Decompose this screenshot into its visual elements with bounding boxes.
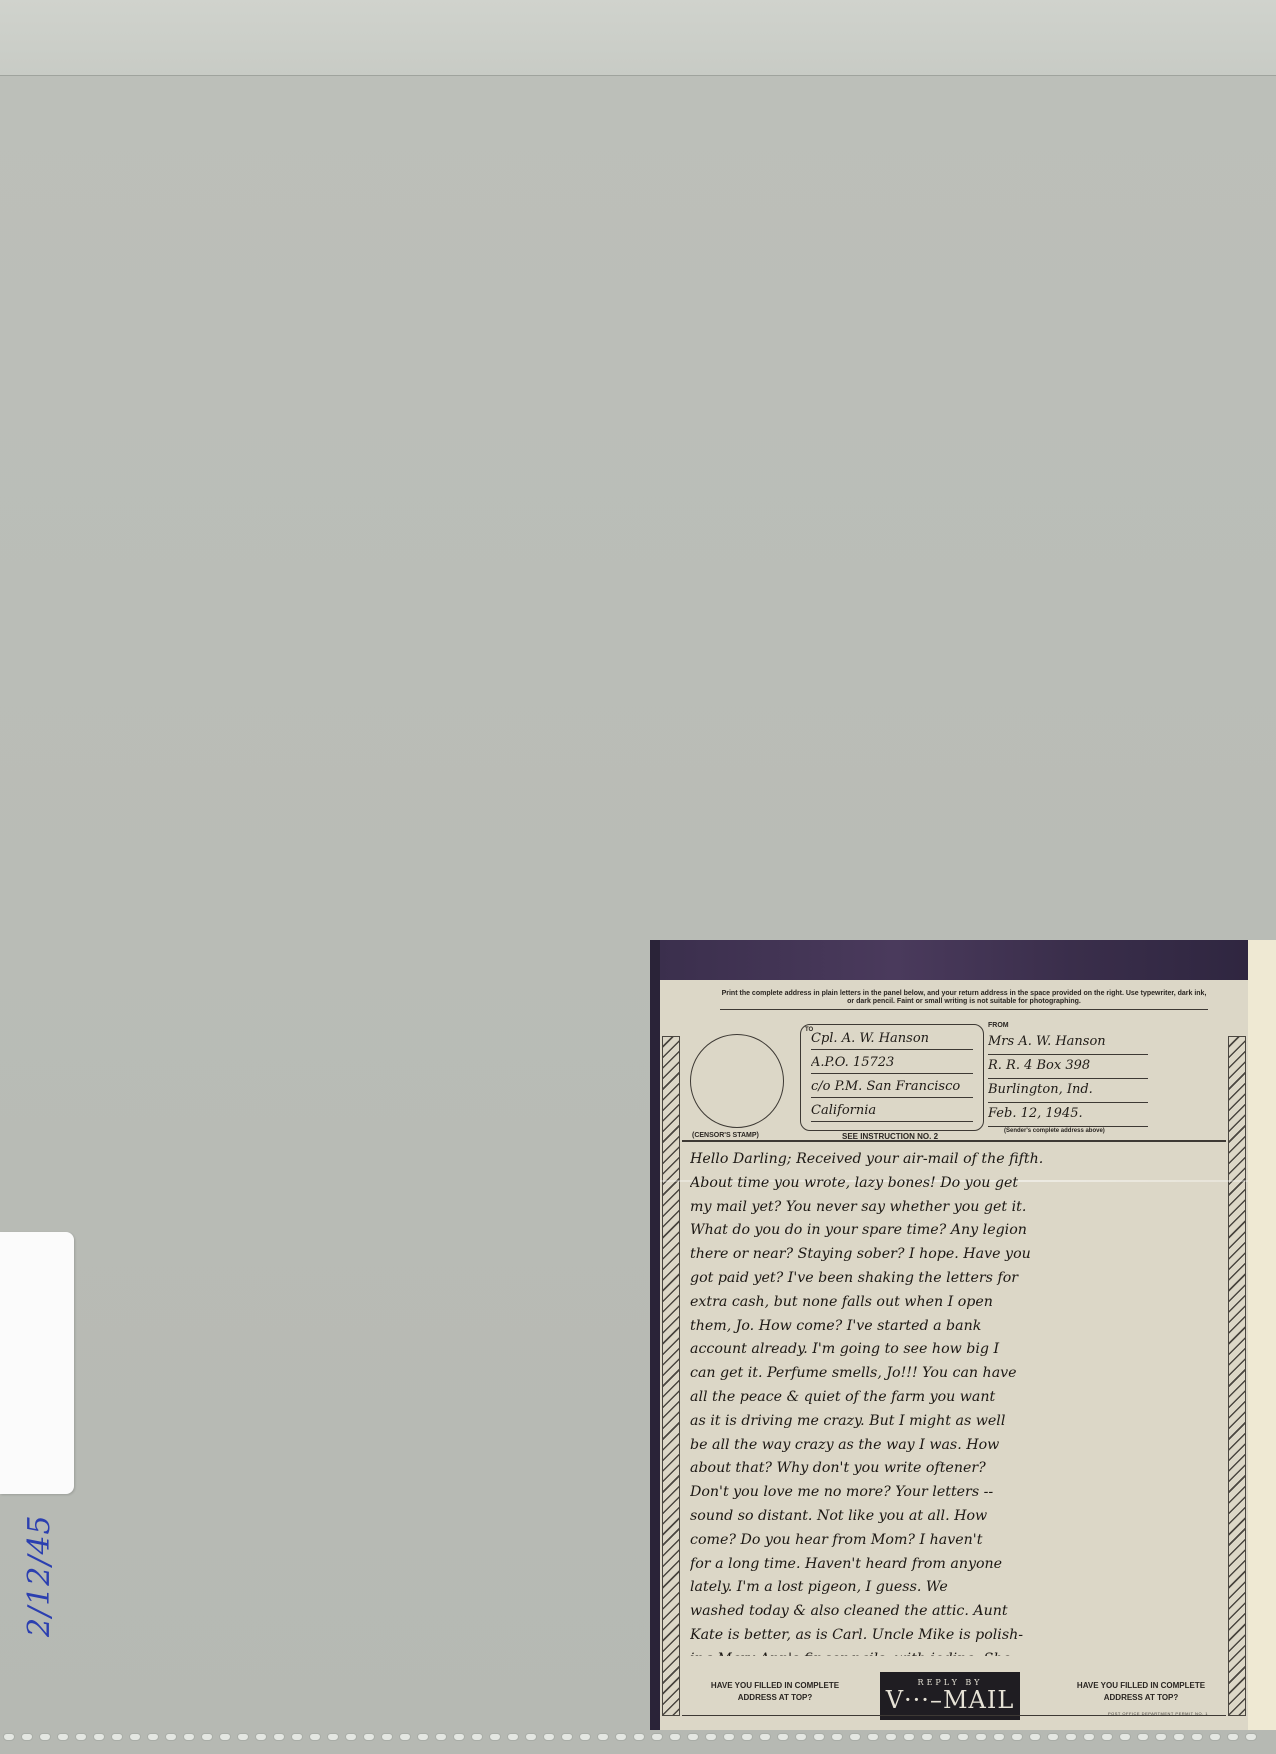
right-hatch-border [1228, 1036, 1246, 1716]
perforation-hole [1227, 1733, 1239, 1741]
from-address-line-1: Mrs A. W. Hanson [988, 1034, 1148, 1055]
perforation-hole [669, 1733, 681, 1741]
footer-rule [682, 1715, 1226, 1716]
body-line: come? Do you hear from Mom? I haven't [690, 1529, 1220, 1553]
perforation-hole [903, 1733, 915, 1741]
perforation-hole [651, 1733, 663, 1741]
perforation-hole [615, 1733, 627, 1741]
perforation-hole [939, 1733, 951, 1741]
body-line: Hello Darling; Received your air-mail of… [690, 1148, 1220, 1172]
perforation-hole [489, 1733, 501, 1741]
body-line: washed today & also cleaned the attic. A… [690, 1600, 1220, 1624]
perforation-hole [867, 1733, 879, 1741]
perforation-hole [219, 1733, 231, 1741]
perforation-hole [165, 1733, 177, 1741]
from-address-line-2: R. R. 4 Box 398 [988, 1058, 1148, 1079]
perforation-hole [255, 1733, 267, 1741]
to-address-line-1: Cpl. A. W. Hanson [811, 1031, 973, 1050]
letter-top-band [660, 940, 1248, 980]
body-line: my mail yet? You never say whether you g… [690, 1196, 1220, 1220]
body-line: sound so distant. Not like you at all. H… [690, 1505, 1220, 1529]
footer-reminder-left: HAVE YOU FILLED IN COMPLETE ADDRESS AT T… [700, 1680, 850, 1704]
body-line: Don't you love me no more? Your letters … [690, 1481, 1220, 1505]
perforation-hole [147, 1733, 159, 1741]
footer-reminder-right: HAVE YOU FILLED IN COMPLETE ADDRESS AT T… [1066, 1680, 1216, 1704]
perforation-hole [1047, 1733, 1059, 1741]
perforation-hole [39, 1733, 51, 1741]
perforation-hole [309, 1733, 321, 1741]
sender-caption: (Sender's complete address above) [1004, 1128, 1105, 1134]
perforation-hole [777, 1733, 789, 1741]
perforation-hole [57, 1733, 69, 1741]
letter-footer: HAVE YOU FILLED IN COMPLETE ADDRESS AT T… [682, 1656, 1226, 1720]
form-instructions: Print the complete address in plain lett… [720, 990, 1208, 1010]
perforation-hole [1065, 1733, 1077, 1741]
to-address-line-2: A.P.O. 15723 [811, 1055, 973, 1074]
perforation-hole [75, 1733, 87, 1741]
to-address-line-4: California [811, 1103, 973, 1122]
perforation-hole [435, 1733, 447, 1741]
perforation-hole [183, 1733, 195, 1741]
body-line: as it is driving me crazy. But I might a… [690, 1410, 1220, 1434]
censor-stamp-label: (CENSOR'S STAMP) [692, 1132, 759, 1139]
to-address-line-3: c/o P.M. San Francisco [811, 1079, 973, 1098]
recipient-address-box: TO Cpl. A. W. Hanson A.P.O. 15723 c/o P.… [800, 1024, 984, 1131]
perforation-hole [1191, 1733, 1203, 1741]
body-line: for a long time. Haven't heard from anyo… [690, 1553, 1220, 1577]
perforation-hole [237, 1733, 249, 1741]
vmail-logo-block: REPLY BY V···–MAIL [880, 1672, 1020, 1720]
perforation-hole [1155, 1733, 1167, 1741]
body-line: can get it. Perfume smells, Jo!!! You ca… [690, 1362, 1220, 1386]
perforation-hole [543, 1733, 555, 1741]
perforation-hole [345, 1733, 357, 1741]
perforation-hole [597, 1733, 609, 1741]
perforation-hole [1119, 1733, 1131, 1741]
perforation-hole [363, 1733, 375, 1741]
body-line: be all the way crazy as the way I was. H… [690, 1434, 1220, 1458]
perforation-hole [741, 1733, 753, 1741]
perforation-hole [921, 1733, 933, 1741]
perforation-hole [327, 1733, 339, 1741]
body-line: them, Jo. How come? I've started a bank [690, 1315, 1220, 1339]
perforation-hole [957, 1733, 969, 1741]
perforation-hole [1137, 1733, 1149, 1741]
perforation-hole [111, 1733, 123, 1741]
body-line: account already. I'm going to see how bi… [690, 1338, 1220, 1362]
archive-date-label: 2/12/45 [22, 1397, 57, 1637]
address-panel: (CENSOR'S STAMP) TO Cpl. A. W. Hanson A.… [682, 1010, 1226, 1142]
perforation-hole [453, 1733, 465, 1741]
body-line: all the peace & quiet of the farm you wa… [690, 1386, 1220, 1410]
vmail-letter: Print the complete address in plain lett… [650, 940, 1248, 1730]
perforation-hole [759, 1733, 771, 1741]
perforation-hole [975, 1733, 987, 1741]
from-address-line-3: Burlington, Ind. [988, 1082, 1148, 1103]
from-date-line: Feb. 12, 1945. [988, 1106, 1148, 1127]
perforation-hole [129, 1733, 141, 1741]
perforation-hole [633, 1733, 645, 1741]
see-instruction-label: SEE INSTRUCTION NO. 2 [842, 1132, 938, 1141]
perforation-hole [1083, 1733, 1095, 1741]
perforation-hole [813, 1733, 825, 1741]
perforation-hole [201, 1733, 213, 1741]
perforation-hole [1245, 1733, 1257, 1741]
perforation-hole [399, 1733, 411, 1741]
body-line: Kate is better, as is Carl. Uncle Mike i… [690, 1624, 1220, 1648]
perforation-hole [885, 1733, 897, 1741]
body-line: lately. I'm a lost pigeon, I guess. We [690, 1576, 1220, 1600]
perforation-hole [507, 1733, 519, 1741]
body-line: What do you do in your spare time? Any l… [690, 1219, 1220, 1243]
letter-paper: Print the complete address in plain lett… [660, 980, 1248, 1730]
letter-body: Hello Darling; Received your air-mail of… [690, 1148, 1220, 1656]
backing-paper-strip [1248, 940, 1276, 1730]
perforation-hole [993, 1733, 1005, 1741]
perforation-hole [273, 1733, 285, 1741]
body-line: got paid yet? I've been shaking the lett… [690, 1267, 1220, 1291]
perforation-hole [795, 1733, 807, 1741]
body-line: about that? Why don't you write oftener? [690, 1457, 1220, 1481]
perforation-hole [1101, 1733, 1113, 1741]
perforation-hole [1173, 1733, 1185, 1741]
perforation-hole [3, 1733, 15, 1741]
perforation-hole [381, 1733, 393, 1741]
perforation-hole [417, 1733, 429, 1741]
perforation-hole [1209, 1733, 1221, 1741]
body-line: there or near? Staying sober? I hope. Ha… [690, 1243, 1220, 1267]
perforation-hole [471, 1733, 483, 1741]
sleeve-perforation-row [0, 1733, 1276, 1743]
body-line: About time you wrote, lazy bones! Do you… [690, 1172, 1220, 1196]
body-line: ing Mary Ann's finger-nails, with iodine… [690, 1648, 1220, 1656]
sleeve-top-flap [0, 0, 1276, 76]
perforation-hole [849, 1733, 861, 1741]
from-label: FROM [988, 1022, 1009, 1029]
perforation-hole [687, 1733, 699, 1741]
perforation-hole [831, 1733, 843, 1741]
perforation-hole [525, 1733, 537, 1741]
perforation-hole [723, 1733, 735, 1741]
perforation-hole [21, 1733, 33, 1741]
perforation-hole [579, 1733, 591, 1741]
perforation-hole [93, 1733, 105, 1741]
vmail-logo: V···–MAIL [880, 1687, 1020, 1713]
archive-date-tag: 2/12/45 [0, 1232, 74, 1494]
perforation-hole [705, 1733, 717, 1741]
perforation-hole [291, 1733, 303, 1741]
censor-stamp-circle [690, 1034, 784, 1128]
body-line: extra cash, but none falls out when I op… [690, 1291, 1220, 1315]
perforation-hole [1029, 1733, 1041, 1741]
perforation-hole [1011, 1733, 1023, 1741]
perforation-hole [561, 1733, 573, 1741]
left-hatch-border [662, 1036, 680, 1716]
